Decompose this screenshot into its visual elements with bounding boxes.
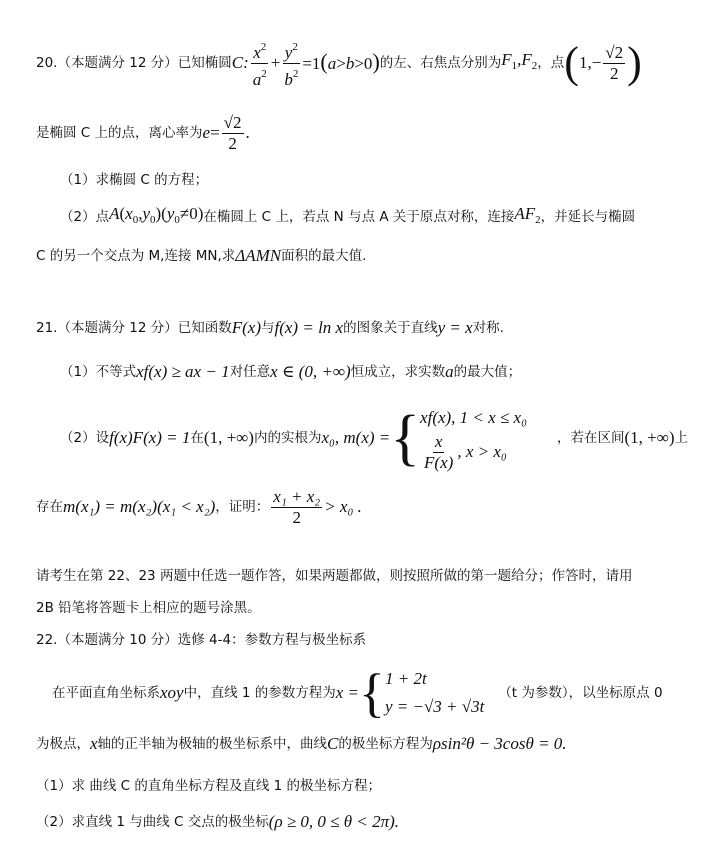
- q21-part1-a: a: [445, 362, 454, 382]
- q22-part2-line: （2）求直线 1 与曲线 C 交点的极坐标 (ρ ≥ 0, 0 ≤ θ < 2π…: [36, 812, 399, 832]
- q21-part1-domain: x ∈ (0, +∞): [270, 362, 351, 382]
- q20-part2-line: （2）点 A(x0,y0)(y0≠0) 在椭圆上 C 上，若点 N 与点 A 关…: [60, 204, 635, 230]
- q22-x-eq: x =: [336, 683, 359, 703]
- q20-frac-y: y2b2: [282, 37, 300, 90]
- q20-eq-tail: =1(a>b>0): [302, 52, 379, 74]
- q22-case2: y = −√3 + √3t: [385, 693, 484, 721]
- paren-close: ): [627, 41, 642, 85]
- q21-case2-frac: xF(x): [422, 432, 455, 473]
- q20-part2-line2-b: 面积的最大值.: [281, 246, 366, 266]
- q21-f: f(x) = ln x: [275, 318, 344, 338]
- q21-line3-tail: > x₀ .: [324, 497, 362, 517]
- q22-line2-C: C: [327, 734, 338, 754]
- q20-header: 20.（本题满分 12 分）已知椭圆: [36, 53, 232, 73]
- q20-foci: F1,F2: [501, 50, 537, 76]
- q20-part2-line2-a: C 的另一个交点为 M,连接 MN,求: [36, 246, 235, 266]
- q21-part2-eq: f(x)F(x) = 1: [109, 428, 190, 448]
- q21-line3-prove: ，证明：: [215, 497, 269, 517]
- period: .: [246, 123, 250, 143]
- q20-point-prefix: ，点: [537, 53, 564, 73]
- q22-intro-line: 在平面直角坐标系 xoy 中，直线 1 的参数方程为 x = { 1 + 2t …: [52, 660, 663, 726]
- q22-line2-x: x: [90, 734, 98, 754]
- q21-line3-prefix: 存在: [36, 497, 63, 517]
- q21-line3-eq: m(x₁) = m(x₂)(x₁ < x₂): [63, 497, 215, 517]
- notice-line2: 2B 铅笔将答题卡上相应的题号涂黑。: [36, 598, 261, 618]
- q22-param-eqs: 1 + 2t y = −√3 + √3t: [385, 665, 484, 721]
- q20-after-eq: 的左、右焦点分别为: [380, 53, 502, 73]
- q21-F: F(x): [232, 318, 261, 338]
- q21-part1-prefix: （1）不等式: [60, 362, 136, 382]
- q22-intro-mid: 中，直线 1 的参数方程为: [184, 683, 336, 703]
- q21-part2-after: ，若在区间: [557, 428, 625, 448]
- q21-part2-prefix: （2）设: [60, 428, 109, 448]
- q21-mid1: 与: [261, 318, 275, 338]
- q22-xoy: xoy: [160, 683, 184, 703]
- q21-header: 21.（本题满分 12 分）已知函数: [36, 318, 232, 338]
- q20-point-y: √22: [603, 43, 625, 84]
- q20-frac-x: x2a2: [251, 37, 269, 90]
- q20-part1: （1）求椭圆 C 的方程；: [60, 170, 208, 190]
- left-brace: {: [359, 662, 385, 724]
- q20-line2-text: 是椭圆 C 上的点，离心率为: [36, 123, 203, 143]
- q20-e: e: [203, 123, 211, 143]
- q22-part1: （1）求 曲线 C 的直角坐标方程及直线 1 的极坐标方程；: [36, 776, 381, 796]
- q20-line2: 是椭圆 C 上的点，离心率为 e= √22.: [36, 108, 250, 158]
- q22-case1: 1 + 2t: [385, 665, 484, 693]
- q21-part1-mid2: 恒成立，求实数: [351, 362, 446, 382]
- q22-line2-mid2: 的极坐标方程为: [338, 734, 433, 754]
- q21-part2-x0m: x₀, m(x) =: [321, 428, 390, 448]
- q21-case1: xf(x), 1 < x ≤ x₀: [420, 404, 527, 432]
- q21-part2-interval: (1, +∞): [204, 428, 254, 448]
- q20-part2-text: 在椭圆上 C 上，若点 N 与点 A 关于原点对称，连接: [203, 207, 514, 227]
- q22-part2-prefix: （2）求直线 1 与曲线 C 交点的极坐标: [36, 812, 269, 832]
- q20-point-x: 1,−: [579, 53, 601, 73]
- q21-part1-ineq: xf(x) ≥ ax − 1: [136, 362, 229, 382]
- left-brace: {: [390, 407, 420, 469]
- q21-line3-frac: x₁ + x₂2: [271, 487, 322, 528]
- q22-line2-mid: 轴的正半轴为极轴的极坐标系中，曲线: [98, 734, 328, 754]
- paren-open: (: [564, 41, 579, 85]
- q20-eccentricity: √22: [222, 113, 244, 154]
- q20-part2-line2: C 的另一个交点为 M,连接 MN,求 ΔAMN 面积的最大值.: [36, 246, 366, 266]
- q21-line: y = x: [438, 318, 473, 338]
- q21-part2-line: （2）设 f(x)F(x) = 1 在 (1, +∞) 内的实根为 x₀, m(…: [60, 398, 688, 478]
- q21-mid2: 的图象关于直线: [343, 318, 438, 338]
- q22-polar-eq: ρsin²θ − 3cosθ = 0.: [433, 734, 567, 754]
- q21-part1-mid: 对任意: [230, 362, 271, 382]
- q22-intro-prefix: 在平面直角坐标系: [52, 683, 160, 703]
- q22-line2: 为极点， x 轴的正半轴为极轴的极坐标系中，曲线 C 的极坐标方程为 ρsin²…: [36, 734, 567, 754]
- q21-header-line: 21.（本题满分 12 分）已知函数 F(x) 与 f(x) = ln x 的图…: [36, 318, 504, 338]
- q20-part2-point: A(x0,y0)(y0≠0): [109, 204, 203, 230]
- q21-part2-interval2: (1, +∞): [625, 428, 675, 448]
- q20-part2-tail: ，并延长与椭圆: [541, 207, 636, 227]
- q21-piecewise: xf(x), 1 < x ≤ x₀ xF(x) , x > x₀: [420, 404, 527, 473]
- q21-part2-in: 在: [190, 428, 204, 448]
- q21-part2-on: 上: [675, 428, 689, 448]
- q20-ellipse-label: C:: [232, 53, 249, 73]
- q21-part1-tail: 的最大值；: [454, 362, 522, 382]
- eq-sign: =: [210, 123, 220, 143]
- q20-af2: AF2: [514, 204, 540, 230]
- q21-part2-root: 内的实根为: [254, 428, 322, 448]
- q22-param-note: （t 为参数），以坐标原点 0: [498, 683, 662, 703]
- notice-line1: 请考生在第 22、23 两题中任选一题作答，如果两题都做，则按照所做的第一题给分…: [36, 566, 632, 586]
- q21-part1-line: （1）不等式 xf(x) ≥ ax − 1 对任意 x ∈ (0, +∞) 恒成…: [60, 362, 521, 382]
- q22-part2-cond: (ρ ≥ 0, 0 ≤ θ < 2π).: [269, 812, 399, 832]
- plus-sign: +: [271, 53, 281, 73]
- q22-header: 22.（本题满分 10 分）选修 4-4：参数方程与极坐标系: [36, 630, 366, 650]
- q20-triangle: ΔAMN: [235, 246, 281, 266]
- q22-line2-prefix: 为极点，: [36, 734, 90, 754]
- q21-tail: 对称.: [473, 318, 504, 338]
- q20-header-line: 20.（本题满分 12 分）已知椭圆 C: x2a2 + y2b2 =1(a>b…: [36, 38, 642, 88]
- q21-case2-cond: , x > x₀: [457, 438, 506, 466]
- q20-part2-prefix: （2）点: [60, 207, 109, 227]
- q21-line3: 存在 m(x₁) = m(x₂)(x₁ < x₂) ，证明： x₁ + x₂2 …: [36, 484, 362, 530]
- q21-case2: xF(x) , x > x₀: [420, 432, 527, 473]
